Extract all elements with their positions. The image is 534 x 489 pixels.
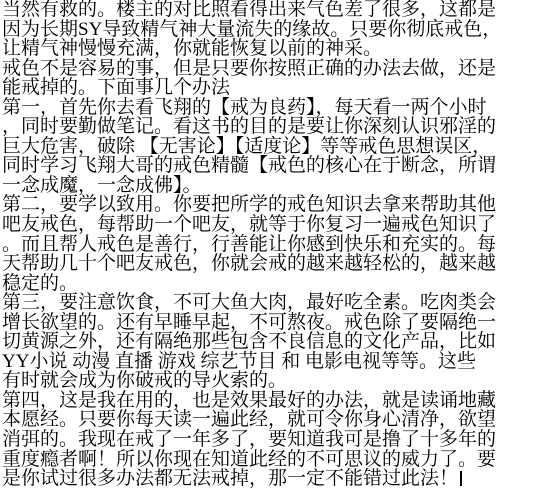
text-line: 当然有救的。楼主的对比照看得出来气色差了很多，这都是 — [2, 0, 534, 20]
text-line: ，同时要勤做笔记。看这书的目的是要让你深刻认识邪淫的 — [2, 117, 534, 137]
text-line: 吧友戒色，每帮助一个吧友，就等于你复习一遍戒色知识了 — [2, 215, 534, 235]
text-line: 增长欲望的。还有早睡早起，不可熬夜。戒色除了要隔绝一 — [2, 313, 534, 333]
text-line: 戒色不是容易的事，但是只要你按照正确的办法去做，还是 — [2, 59, 534, 79]
reply-text-editor[interactable]: 当然有救的。楼主的对比照看得出来气色差了很多，这都是因为长期SY导致精气神大量流… — [0, 0, 534, 489]
text-line: 稳定的。 — [2, 274, 534, 294]
text-line: 一念成魔，一念成佛】。 — [2, 176, 534, 196]
text-line: 重度瘾者啊！所以你现在知道此经的不可思议的威力了。要 — [2, 450, 534, 470]
text-line: 能戒掉的。下面事几个办法 — [2, 78, 534, 98]
text-line: 第二，要学以致用。你要把所学的戒色知识去拿来帮助其他 — [2, 195, 534, 215]
text-line: 。而且帮人戒色是善行，行善能让你感到快乐和充实的。每 — [2, 235, 534, 255]
text-line: 因为长期SY导致精气神大量流失的缘故。只要你彻底戒色， — [2, 20, 534, 40]
text-line: 同时学习飞翔大哥的戒色精髓【戒色的核心在于断念，所谓 — [2, 156, 534, 176]
text-line: 第四，这是我在用的，也是效果最好的办法，就是读诵地藏 — [2, 391, 534, 411]
text-line: 天帮助几十个吧友戒色，你就会戒的越来越轻松的，越来越 — [2, 254, 534, 274]
text-line: 第三，要注意饮食，不可大鱼大肉，最好吃全素。吃肉类会 — [2, 293, 534, 313]
text-line: 第一，首先你去看飞翔的【戒为良药】，每天看一两个小时 — [2, 98, 534, 118]
text-line: YY小说 动漫 直播 游戏 综艺节目 和 电影电视等等。这些 — [2, 352, 534, 372]
text-line: 是你试过很多办法都无法戒掉，那一定不能错过此法！ — [2, 469, 534, 489]
text-line: 让精气神慢慢充满，你就能恢复以前的神采。 — [2, 39, 534, 59]
text-line: 本愿经。只要你每天读一遍此经，就可令你身心清净，欲望 — [2, 410, 534, 430]
text-line: 消弭的。我现在戒了一年多了，要知道我可是撸了十多年的 — [2, 430, 534, 450]
text-line: 巨大危害，破除 【无害论】【适度论】等等戒色思想误区， — [2, 137, 534, 157]
text-lines: 当然有救的。楼主的对比照看得出来气色差了很多，这都是因为长期SY导致精气神大量流… — [2, 0, 534, 489]
text-line: 切黄源之外，还有隔绝那些包含不良信息的文化产品，比如 — [2, 332, 534, 352]
text-caret — [460, 471, 462, 486]
text-line: 有时就会成为你破戒的导火索的。 — [2, 371, 534, 391]
